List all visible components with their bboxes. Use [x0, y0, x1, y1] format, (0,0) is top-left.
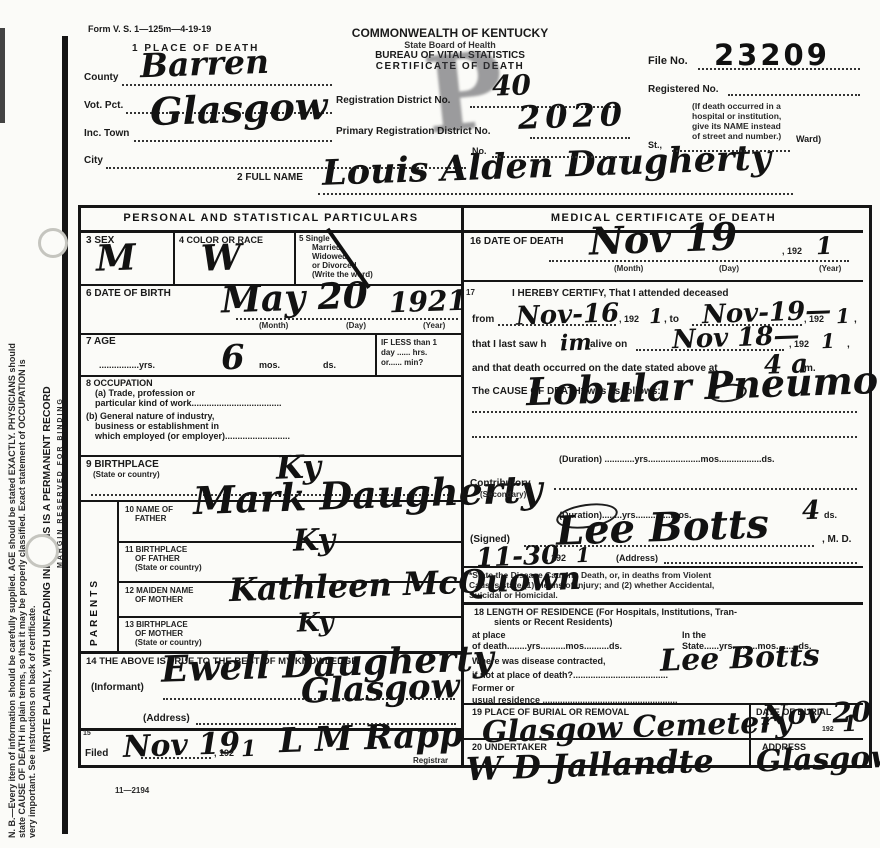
filed-year-handwriting: 1: [241, 738, 257, 761]
father-bp-label3: (State or country): [135, 563, 202, 572]
county-label: County: [84, 72, 118, 83]
dob-handwriting: May 20: [220, 277, 368, 318]
to-year-handwriting: 1: [836, 306, 851, 326]
dob-label: 6 DATE OF BIRTH: [86, 288, 171, 299]
contracted-label2: if not at place of death?...............…: [472, 670, 668, 680]
rule: [117, 500, 119, 651]
burial-year-handwriting: 1: [842, 713, 858, 736]
margin-write-plainly: WRITE PLAINLY, WITH UNFADING INK—THIS IS…: [41, 192, 53, 752]
marital-line1: 5 Single: [299, 234, 330, 243]
dod-day-label: (Day): [719, 264, 739, 273]
rule: [464, 602, 863, 605]
county-handwriting: Barren: [139, 45, 269, 82]
hospital-note-line1: (If death occurred in a: [692, 101, 781, 111]
signed-line: [524, 545, 814, 547]
if-less-line3: or...... min?: [381, 358, 423, 367]
registered-no-line: [728, 94, 860, 96]
inc-town-label: Inc. Town: [84, 128, 129, 139]
occupation-b3: which employed (or employer)............…: [95, 431, 290, 441]
full-name-label: 2 FULL NAME: [237, 172, 303, 183]
rule: [81, 375, 461, 377]
occupation-label: 8 OCCUPATION: [86, 378, 153, 388]
filed-label: Filed: [85, 748, 108, 759]
file-no-label: File No.: [648, 55, 688, 67]
cause-line2: [472, 436, 857, 438]
rule: [81, 333, 461, 335]
town-handwriting: Glasgow: [149, 87, 328, 131]
duration2-ds-label: ds.: [824, 510, 837, 520]
dod-month-label: (Month): [614, 264, 643, 273]
margin-nb-line2: state CAUSE OF DEATH in plain terms, so …: [17, 126, 27, 838]
margin-nb-line3: very important. See instructions on back…: [27, 126, 37, 838]
dob-year-handwriting: 1921: [389, 287, 468, 318]
certify-text: I HEREBY CERTIFY, That I attended deceas…: [512, 288, 729, 299]
rule: [375, 335, 377, 375]
rule: [464, 280, 863, 282]
dod-label: 16 DATE OF DEATH: [470, 236, 564, 247]
reg-district-label: Registration District No.: [336, 95, 450, 106]
dod-year-handwriting: 1: [816, 234, 834, 259]
saw-year-printed: , 192: [789, 339, 809, 349]
father-bp-label2: OF FATHER: [135, 554, 180, 563]
age-mos-handwriting: 6: [220, 341, 245, 376]
saw-line: [636, 349, 784, 351]
dob-line: [236, 318, 458, 320]
age-ds-label: ds.: [323, 360, 336, 370]
st-label: St.,: [648, 140, 662, 150]
to-comma: ,: [854, 314, 857, 325]
occupation-b1: (b) General nature of industry,: [86, 411, 214, 421]
informant-label: (Informant): [91, 682, 144, 693]
undertaker-address-handwriting: Glasgow: [756, 743, 880, 778]
parents-label: PARENTS: [89, 508, 100, 646]
dob-month-label: (Month): [259, 321, 288, 330]
to-year-printed: , 192: [804, 314, 824, 324]
saw-him-handwriting: im: [560, 331, 592, 354]
personal-column: PERSONAL AND STATISTICAL PARTICULARS 3 S…: [81, 208, 464, 765]
to-label: , to: [664, 314, 679, 325]
form-number: Form V. S. 1—125m—4-19-19: [88, 24, 211, 34]
registrar-signature: L M Rapp: [278, 718, 463, 758]
full-name-line: [318, 193, 793, 195]
certify-item-number: 17: [466, 288, 475, 297]
in-the-label1: In the: [682, 630, 706, 640]
binding-bar: [62, 36, 68, 834]
saw-alive-label: alive on: [590, 339, 627, 350]
occupation-b2: business or establishment in: [95, 421, 219, 431]
mother-name-label1: 12 MAIDEN NAME: [125, 586, 193, 595]
dod-year-label: (Year): [819, 264, 841, 273]
primary-district-line: [530, 137, 630, 139]
vot-pct-label: Vot. Pct.: [84, 100, 123, 111]
scan-edge-smudge: [0, 28, 5, 123]
cause-line1: [472, 411, 857, 413]
informant-address-handwriting: Glasgow: [300, 669, 460, 709]
margin-nb-line1: N. B.—Every item of information should b…: [7, 126, 17, 838]
saw-label: that I last saw h: [472, 339, 546, 350]
mother-bp-handwriting: Ky: [297, 609, 334, 636]
if-less-line1: IF LESS than 1: [381, 338, 437, 347]
race-handwriting: W: [200, 239, 242, 276]
from-year-printed: , 192: [619, 314, 639, 324]
plate-number: 11—2194: [115, 786, 149, 795]
dod-line: [549, 260, 849, 262]
from-year-handwriting: 1: [649, 306, 664, 326]
mother-bp-label1: 13 BIRTHPLACE: [125, 620, 188, 629]
birthplace-sub-label: (State or country): [93, 470, 160, 479]
father-bp-label1: 11 BIRTHPLACE: [125, 545, 187, 554]
hospital-note-line4: of street and number.): [692, 131, 781, 141]
father-name-label1: 10 NAME OF: [125, 505, 173, 514]
duration2-handwriting: 4: [802, 498, 821, 525]
primary-district-handwriting: 2020: [517, 98, 627, 134]
residence-label2: sients or Recent Residents): [494, 617, 613, 627]
primary-district-label: Primary Registration District No.: [336, 126, 490, 137]
from-line: [498, 324, 616, 326]
former-label1: Former or: [472, 683, 515, 693]
burial-year-printed: 192: [822, 726, 834, 733]
punch-hole-top: [38, 228, 68, 258]
rule: [81, 455, 461, 457]
age-label: 7 AGE: [86, 336, 116, 347]
reg-district-handwriting: 40: [492, 71, 532, 100]
duration1-label: (Duration) ............yrs..............…: [559, 454, 775, 464]
certificate-body: PERSONAL AND STATISTICAL PARTICULARS 3 S…: [78, 205, 872, 768]
age-yrs-label: ................yrs.: [99, 360, 155, 370]
md-label: , M. D.: [822, 534, 851, 545]
saw-comma: ,: [847, 339, 850, 350]
father-name-label2: FATHER: [135, 514, 166, 523]
no-line: [492, 156, 632, 158]
at-place-label1: at place: [472, 630, 506, 640]
rule: [749, 703, 751, 765]
dob-year-label: (Year): [423, 321, 445, 330]
cause-handwriting: Lobular Pneumonia: [525, 359, 880, 412]
rule: [173, 233, 175, 284]
dod-year-printed: , 192: [782, 246, 802, 256]
dob-day-label: (Day): [346, 321, 366, 330]
occupation-a2: particular kind of work.................…: [95, 398, 282, 408]
rule: [464, 738, 863, 740]
registered-no-label: Registered No.: [648, 84, 719, 95]
personal-title: PERSONAL AND STATISTICAL PARTICULARS: [81, 212, 461, 224]
undertaker-signature: W D Jallandte: [466, 745, 715, 786]
sex-handwriting: M: [95, 239, 136, 276]
full-name-handwriting: Louis Alden Daugherty: [322, 140, 772, 191]
dod-handwriting: Nov 19: [588, 217, 738, 260]
contracted-handwriting: Lee Botts: [660, 641, 821, 677]
ward-label: Ward): [796, 134, 821, 144]
occupation-a1: (a) Trade, profession or: [95, 388, 195, 398]
rule: [117, 541, 461, 543]
from-label: from: [472, 314, 494, 325]
signed-address-line: [664, 562, 857, 564]
mother-name-label2: OF MOTHER: [135, 595, 183, 604]
contributory-line: [554, 488, 857, 490]
residence-label1: 18 LENGTH OF RESIDENCE (For Hospitals, I…: [474, 607, 737, 617]
medical-column: MEDICAL CERTIFICATE OF DEATH 16 DATE OF …: [464, 208, 863, 765]
st-line: [672, 150, 790, 152]
age-mos-label: mos.: [259, 360, 280, 370]
if-less-line2: day ...... hrs.: [381, 348, 427, 357]
birthplace-label: 9 BIRTHPLACE: [86, 459, 159, 470]
city-label: City: [84, 155, 103, 166]
rule: [117, 616, 461, 618]
contracted-label1: Where was disease contracted,: [472, 656, 606, 666]
saw-year-handwriting: 1: [821, 331, 836, 351]
margin-nb-note: N. B.—Every item of information should b…: [7, 126, 37, 838]
informant-address-label: (Address): [143, 713, 190, 724]
father-bp-handwriting: Ky: [292, 525, 335, 556]
punch-hole-bottom: [25, 534, 59, 568]
hospital-note-line2: hospital or institution,: [692, 111, 781, 121]
mother-bp-label2: OF MOTHER: [135, 629, 183, 638]
inc-town-line: [134, 140, 332, 142]
filed-item-number: 15: [83, 730, 91, 737]
signed-address-label: (Address): [616, 553, 658, 563]
mother-bp-label3: (State or country): [135, 638, 202, 647]
filed-line: [141, 757, 211, 759]
hospital-note: (If death occurred in a hospital or inst…: [692, 101, 781, 141]
file-no-stamp: 23209: [714, 38, 830, 72]
registrar-label: Registrar: [413, 756, 448, 765]
contributory-label: Contributory: [470, 478, 531, 489]
filed-year-printed: , 192: [214, 748, 234, 758]
death-certificate-scan: N. B.—Every item of information should b…: [0, 0, 880, 848]
at-place-label2: of death........yrs..........mos........…: [472, 641, 622, 651]
secondary-label: (Secondary): [480, 490, 526, 499]
hospital-note-line3: give its NAME instead: [692, 121, 781, 131]
rule: [81, 230, 461, 233]
